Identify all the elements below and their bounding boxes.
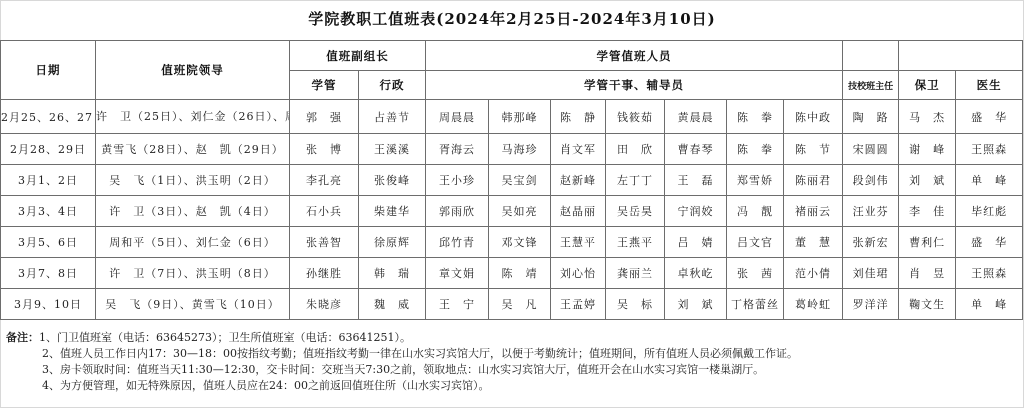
cell-security: 李 佳	[899, 196, 956, 227]
note-text: 1、门卫值班室（电话：63645273）；卫生所值班室（电话：63641251）…	[39, 331, 411, 344]
cell-staff: 冯 靓	[727, 196, 784, 227]
note-item: 4、为方便管理，如无特殊原因，值班人员应在24：00之前返回值班住所（山水实习宾…	[6, 378, 798, 394]
header-empty-2	[899, 41, 1023, 71]
cell-staff: 吴 凡	[489, 289, 551, 320]
header-doctor: 医生	[956, 71, 1023, 100]
cell-date: 2月25、26、27日	[1, 100, 96, 134]
cell-tech-teacher: 段剑伟	[843, 165, 899, 196]
cell-staff: 黄晨晨	[665, 100, 727, 134]
cell-tech-teacher: 刘佳珺	[843, 258, 899, 289]
cell-deputy-admin: 韩 瑞	[359, 258, 426, 289]
cell-doctor: 单 峰	[956, 165, 1023, 196]
header-staff-sub: 学管干事、辅导员	[426, 71, 843, 100]
header-deputy-group: 值班副组长	[290, 41, 426, 71]
cell-staff: 赵晶丽	[551, 196, 606, 227]
cell-staff: 陈中政	[784, 100, 843, 134]
cell-staff: 钱筱茹	[606, 100, 665, 134]
cell-security: 刘 斌	[899, 165, 956, 196]
cell-staff: 吴 标	[606, 289, 665, 320]
cell-staff: 董 慧	[784, 227, 843, 258]
cell-security: 肖 昱	[899, 258, 956, 289]
cell-security: 鞠文生	[899, 289, 956, 320]
cell-leader: 周和平（5日）、刘仁金（6日）	[96, 227, 290, 258]
cell-tech-teacher: 宋圆圆	[843, 134, 899, 165]
cell-staff: 吕 婧	[665, 227, 727, 258]
cell-leader: 黄雪飞（28日）、赵 凯（29日）	[96, 134, 290, 165]
cell-security: 曹利仁	[899, 227, 956, 258]
cell-staff: 吴岳昊	[606, 196, 665, 227]
cell-staff: 陈丽君	[784, 165, 843, 196]
header-security: 保卫	[899, 71, 956, 100]
cell-staff: 王慧平	[551, 227, 606, 258]
cell-staff: 陈 拳	[727, 134, 784, 165]
cell-staff: 吴宝剑	[489, 165, 551, 196]
cell-deputy-admin: 柴建华	[359, 196, 426, 227]
cell-tech-teacher: 陶 路	[843, 100, 899, 134]
cell-doctor: 盛 华	[956, 100, 1023, 134]
cell-security: 谢 峰	[899, 134, 956, 165]
cell-date: 3月5、6日	[1, 227, 96, 258]
cell-staff: 陈 拳	[727, 100, 784, 134]
cell-staff: 韩那峰	[489, 100, 551, 134]
cell-staff: 王孟婷	[551, 289, 606, 320]
page-title: 学院教职工值班表(2024年2月25日-2024年3月10日)	[0, 8, 1024, 29]
cell-date: 3月7、8日	[1, 258, 96, 289]
cell-staff: 陈 静	[551, 100, 606, 134]
table-row: 2月28、29日 黄雪飞（28日）、赵 凯（29日） 张 博 王溪溪 胥海云 马…	[1, 134, 1023, 165]
cell-leader: 许 卫（25日）、刘仁金（26日）、周和平（27日）	[96, 100, 290, 134]
table-row: 3月7、8日 许 卫（7日）、洪玉明（8日） 孙继胜 韩 瑞 章文娟 陈 靖 刘…	[1, 258, 1023, 289]
cell-staff: 王 磊	[665, 165, 727, 196]
cell-staff: 卓秋屹	[665, 258, 727, 289]
cell-staff: 王燕平	[606, 227, 665, 258]
cell-staff: 王 宁	[426, 289, 489, 320]
cell-security: 马 杰	[899, 100, 956, 134]
cell-tech-teacher: 张新宏	[843, 227, 899, 258]
cell-doctor: 盛 华	[956, 227, 1023, 258]
notes-section: 备注：1、门卫值班室（电话：63645273）；卫生所值班室（电话：636412…	[6, 330, 798, 394]
cell-deputy-student: 石小兵	[290, 196, 359, 227]
cell-staff: 葛岭虹	[784, 289, 843, 320]
cell-leader: 许 卫（7日）、洪玉明（8日）	[96, 258, 290, 289]
cell-staff: 邓文锋	[489, 227, 551, 258]
header-staff-group: 学管值班人员	[426, 41, 843, 71]
cell-staff: 吴如亮	[489, 196, 551, 227]
cell-deputy-student: 朱晓彦	[290, 289, 359, 320]
cell-deputy-student: 张善智	[290, 227, 359, 258]
cell-staff: 吕文官	[727, 227, 784, 258]
cell-staff: 褚丽云	[784, 196, 843, 227]
cell-staff: 马海珍	[489, 134, 551, 165]
cell-leader: 吴 飞（1日）、洪玉明（2日）	[96, 165, 290, 196]
table-row: 3月9、10日 吴 飞（9日）、黄雪飞（10日） 朱晓彦 魏 威 王 宁 吴 凡…	[1, 289, 1023, 320]
table-row: 2月25、26、27日 许 卫（25日）、刘仁金（26日）、周和平（27日） 郭…	[1, 100, 1023, 134]
cell-leader: 吴 飞（9日）、黄雪飞（10日）	[96, 289, 290, 320]
cell-staff: 左丁丁	[606, 165, 665, 196]
cell-doctor: 王照森	[956, 134, 1023, 165]
cell-staff: 肖文军	[551, 134, 606, 165]
cell-staff: 邱竹青	[426, 227, 489, 258]
table-row: 3月5、6日 周和平（5日）、刘仁金（6日） 张善智 徐原辉 邱竹青 邓文锋 王…	[1, 227, 1023, 258]
cell-deputy-admin: 徐原辉	[359, 227, 426, 258]
note-item: 2、值班人员工作日内17：30—18：00按指纹考勤；值班指纹考勤一律在山水实习…	[6, 346, 798, 362]
cell-staff: 龚丽兰	[606, 258, 665, 289]
cell-deputy-admin: 张俊峰	[359, 165, 426, 196]
cell-staff: 章文娟	[426, 258, 489, 289]
cell-date: 3月3、4日	[1, 196, 96, 227]
cell-staff: 张 茜	[727, 258, 784, 289]
cell-doctor: 王照森	[956, 258, 1023, 289]
cell-staff: 田 欣	[606, 134, 665, 165]
cell-deputy-student: 郭 强	[290, 100, 359, 134]
table-row: 3月3、4日 许 卫（3日）、赵 凯（4日） 石小兵 柴建华 郭雨欣 吴如亮 赵…	[1, 196, 1023, 227]
cell-deputy-student: 孙继胜	[290, 258, 359, 289]
cell-deputy-admin: 魏 威	[359, 289, 426, 320]
header-deputy-student: 学管	[290, 71, 359, 100]
header-leader: 值班院领导	[96, 41, 290, 100]
header-date: 日期	[1, 41, 96, 100]
cell-staff: 宁润姣	[665, 196, 727, 227]
cell-staff: 郑雪娇	[727, 165, 784, 196]
cell-deputy-admin: 王溪溪	[359, 134, 426, 165]
cell-tech-teacher: 罗洋洋	[843, 289, 899, 320]
header-row-1: 日期 值班院领导 值班副组长 学管值班人员	[1, 41, 1023, 71]
cell-deputy-student: 李孔亮	[290, 165, 359, 196]
notes-label: 备注：	[6, 331, 39, 344]
cell-staff: 陈 节	[784, 134, 843, 165]
note-item: 备注：1、门卫值班室（电话：63645273）；卫生所值班室（电话：636412…	[6, 330, 798, 346]
cell-staff: 刘 斌	[665, 289, 727, 320]
cell-date: 2月28、29日	[1, 134, 96, 165]
cell-doctor: 毕红彪	[956, 196, 1023, 227]
table-row: 3月1、2日 吴 飞（1日）、洪玉明（2日） 李孔亮 张俊峰 王小珍 吴宝剑 赵…	[1, 165, 1023, 196]
header-deputy-admin: 行政	[359, 71, 426, 100]
cell-staff: 曹春琴	[665, 134, 727, 165]
cell-leader: 许 卫（3日）、赵 凯（4日）	[96, 196, 290, 227]
cell-date: 3月9、10日	[1, 289, 96, 320]
cell-tech-teacher: 汪业芬	[843, 196, 899, 227]
note-item: 3、房卡领取时间：值班当天11:30—12:30，交卡时间：交班当天7:30之前…	[6, 362, 798, 378]
header-empty-1	[843, 41, 899, 71]
duty-roster-table: 日期 值班院领导 值班副组长 学管值班人员 学管 行政 学管干事、辅导员 技校班…	[0, 40, 1023, 320]
cell-staff: 王小珍	[426, 165, 489, 196]
cell-staff: 胥海云	[426, 134, 489, 165]
cell-deputy-student: 张 博	[290, 134, 359, 165]
cell-staff: 丁格蕾丝	[727, 289, 784, 320]
cell-staff: 陈 靖	[489, 258, 551, 289]
cell-staff: 赵新峰	[551, 165, 606, 196]
cell-date: 3月1、2日	[1, 165, 96, 196]
cell-staff: 刘心怡	[551, 258, 606, 289]
cell-doctor: 单 峰	[956, 289, 1023, 320]
header-tech-teacher: 技校班主任	[843, 71, 899, 100]
cell-staff: 郭雨欣	[426, 196, 489, 227]
cell-deputy-admin: 占善节	[359, 100, 426, 134]
cell-staff: 范小倩	[784, 258, 843, 289]
cell-staff: 周晨晨	[426, 100, 489, 134]
